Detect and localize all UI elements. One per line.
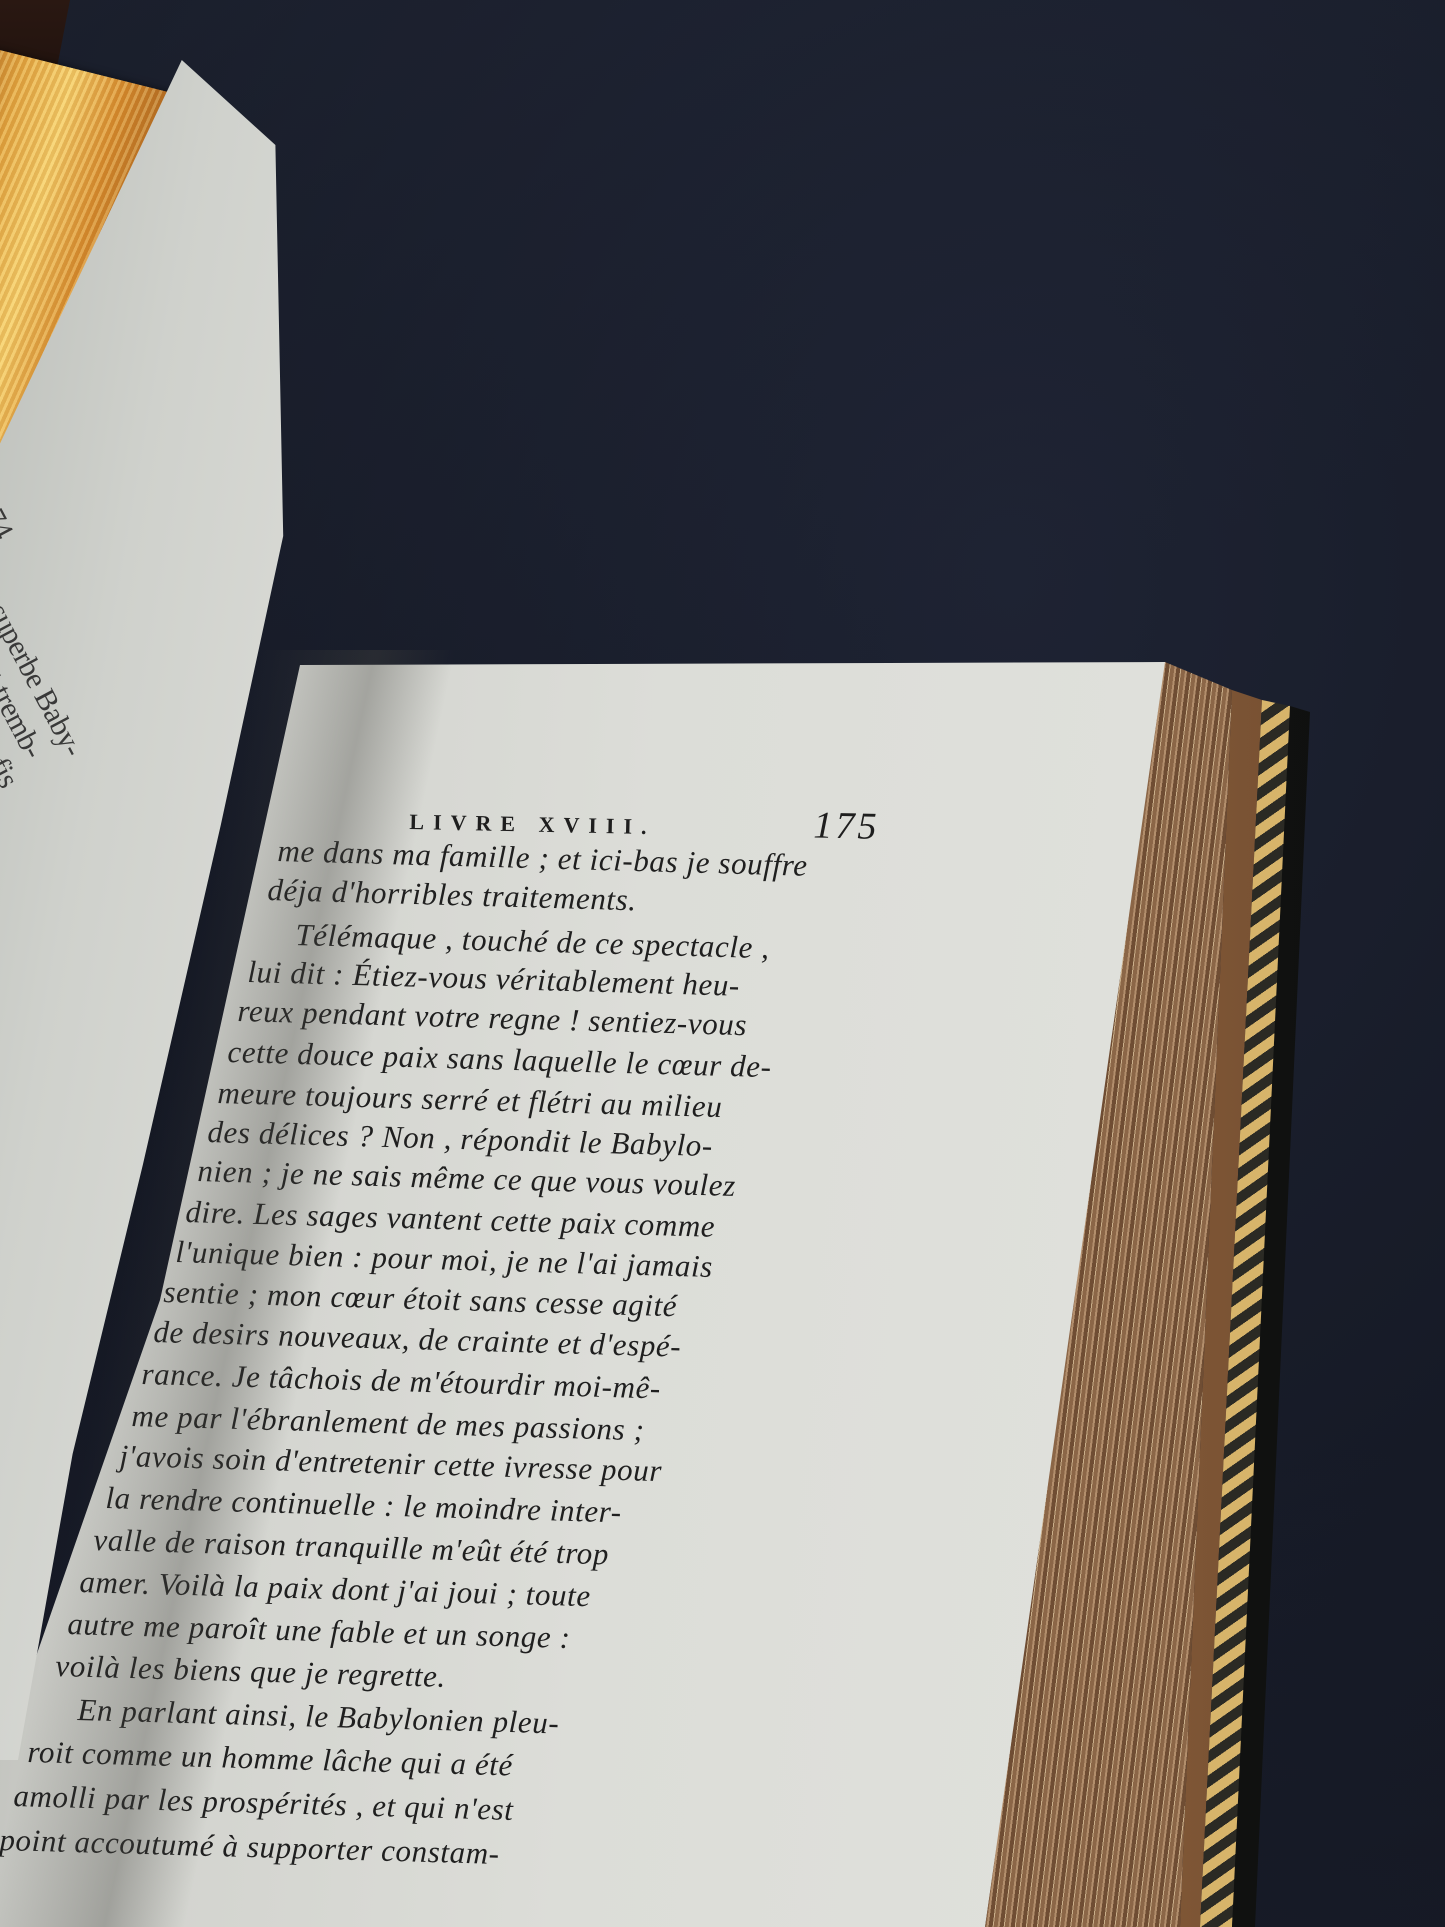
page-number: 175 [813, 803, 880, 848]
running-head: LIVRE XVIII. [409, 809, 656, 840]
photo-scene: LIVRE XVIII. 175 me dans ma famille ; et… [0, 0, 1445, 1927]
